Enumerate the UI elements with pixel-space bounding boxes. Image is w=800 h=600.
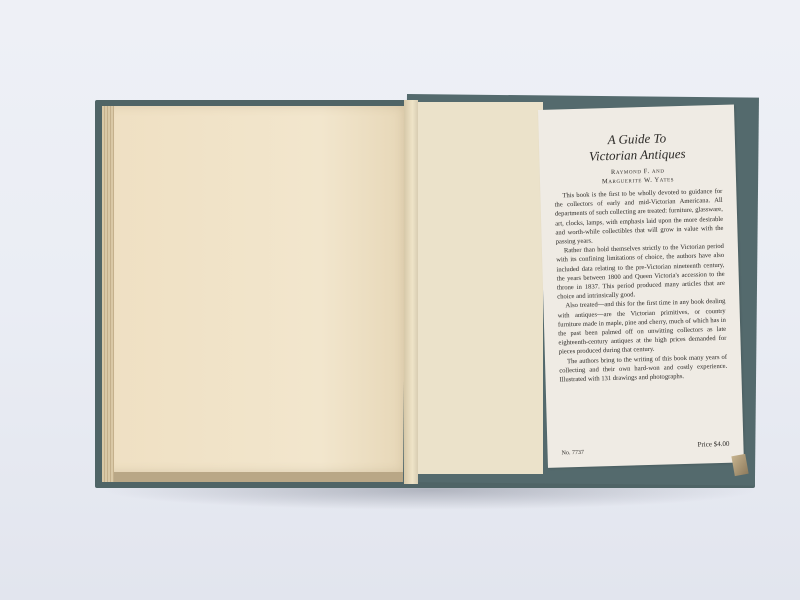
book-gutter <box>404 100 418 484</box>
jacket-footer: No. 7737 Price $4.00 <box>561 440 729 445</box>
blurb-paragraph: The authors bring to the writing of this… <box>559 352 728 384</box>
blurb-paragraph: Rather than hold themselves strictly to … <box>556 242 725 302</box>
jacket-blurb: This book is the first to be wholly devo… <box>554 187 727 385</box>
catalog-number: No. 7737 <box>562 450 585 457</box>
price: Price $4.00 <box>697 440 729 449</box>
blurb-paragraph: Also treated—and this for the first time… <box>557 297 726 357</box>
left-blank-page <box>112 106 410 472</box>
jacket-title: A Guide To Victorian Antiques <box>547 129 728 166</box>
photo-scene: A Guide To Victorian Antiques Raymond F.… <box>0 0 800 600</box>
blurb-paragraph: This book is the first to be wholly devo… <box>554 187 723 247</box>
jacket-authors: Raymond F. and Marguerite W. Yates <box>548 165 728 188</box>
dust-jacket-flap: A Guide To Victorian Antiques Raymond F.… <box>538 105 744 468</box>
page-edges <box>102 106 114 482</box>
endpaper <box>415 102 543 474</box>
